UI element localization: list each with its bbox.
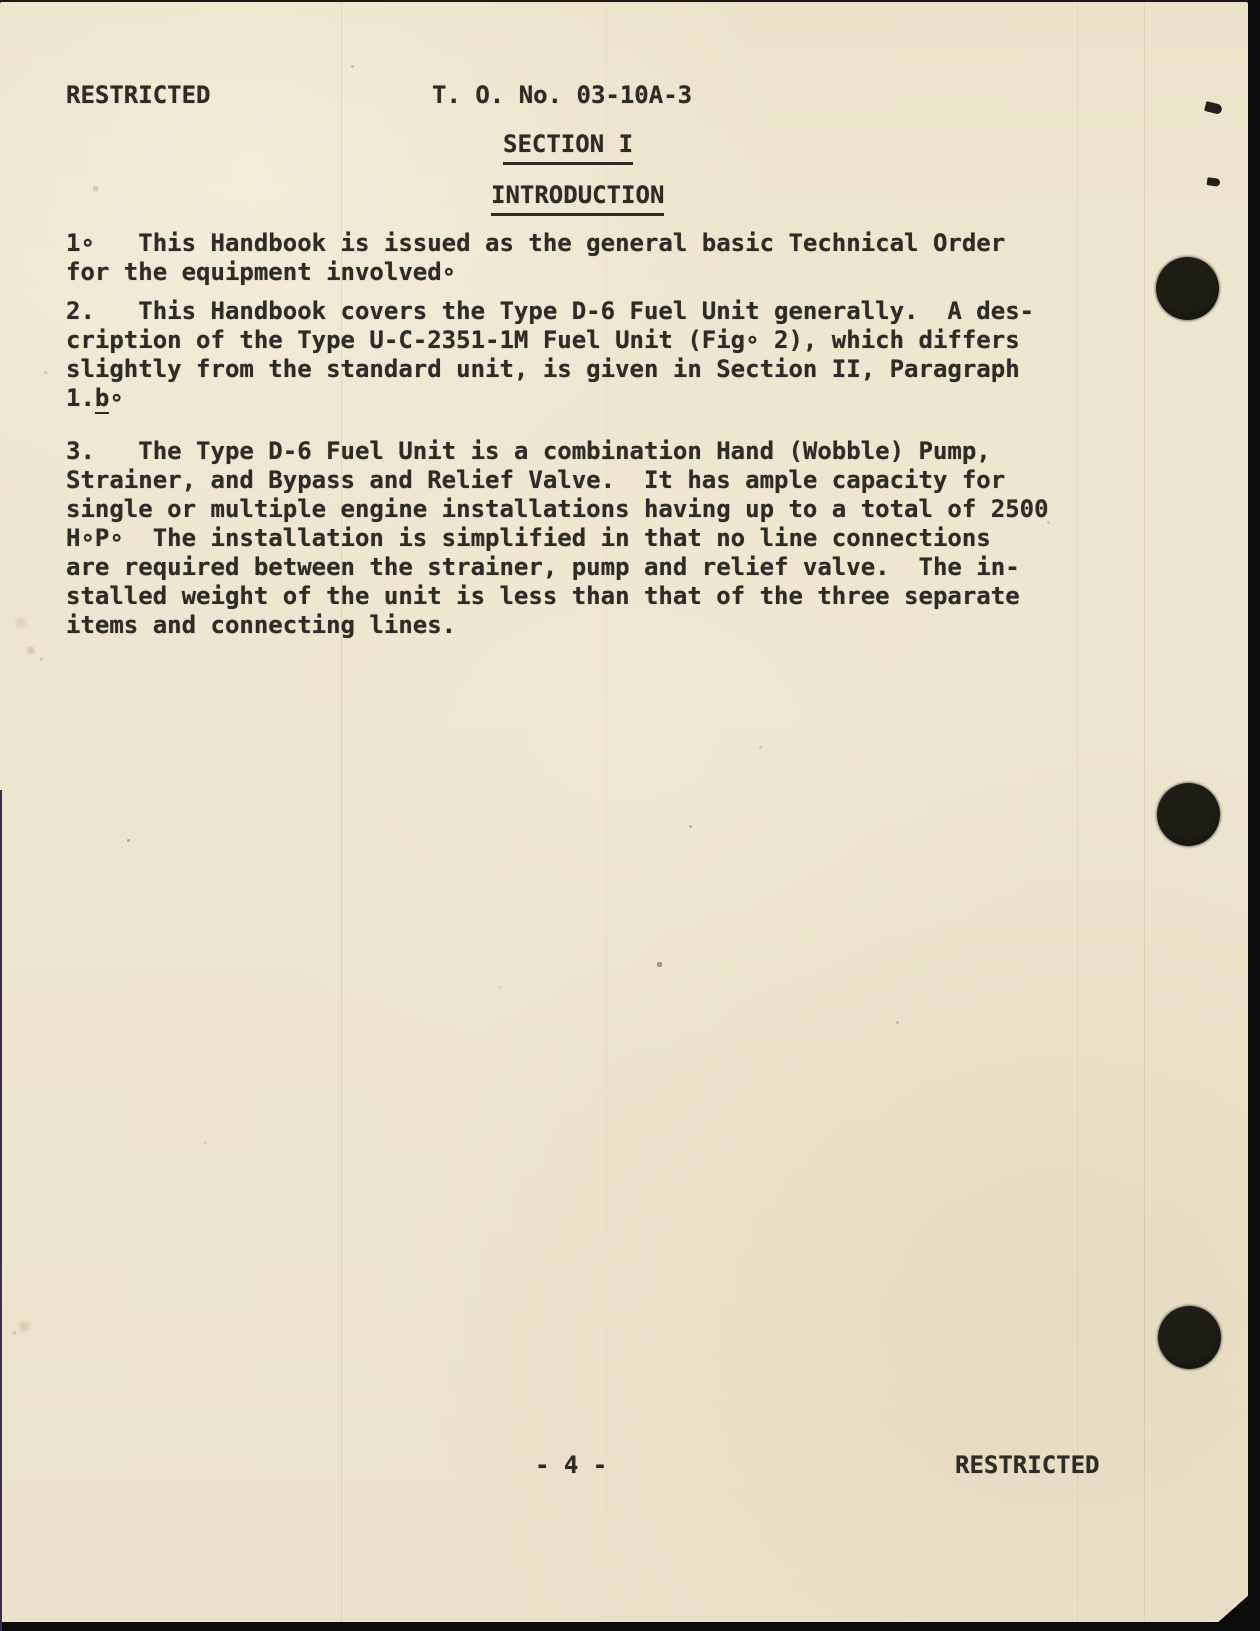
page-number: - 4 -: [535, 1451, 607, 1480]
scan-edge: [0, 790, 2, 1631]
paragraph-2-period: ∘: [109, 384, 123, 412]
classification-footer: RESTRICTED: [955, 1451, 1100, 1480]
foxing-stains: [0, 2, 1, 3]
classification-header: RESTRICTED: [66, 81, 211, 110]
paragraph-2-underlined-ref: b: [95, 384, 109, 414]
paragraph-1: 1∘ This Handbook is issued as the genera…: [66, 229, 1005, 287]
paragraph-3: 3. The Type D-6 Fuel Unit is a combinati…: [66, 437, 1049, 640]
paper-crease: [1144, 2, 1145, 1623]
scan-edge: [1248, 0, 1260, 1631]
paragraph-2: 2. This Handbook covers the Type D-6 Fue…: [66, 297, 1034, 413]
ink-mark: [1204, 101, 1223, 115]
ink-mark: [1207, 177, 1221, 187]
scanned-document-page: RESTRICTED T. O. No. 03-10A-3 SECTION I …: [0, 0, 1260, 1631]
section-heading-wrap: SECTION I: [503, 130, 633, 165]
paper-sheet: RESTRICTED T. O. No. 03-10A-3 SECTION I …: [0, 2, 1248, 1623]
section-heading: SECTION I: [503, 130, 633, 165]
paragraph-2-text: 2. This Handbook covers the Type D-6 Fue…: [66, 297, 1034, 412]
scan-edge: [0, 1622, 1260, 1631]
hole-punch: [1158, 1306, 1221, 1369]
hole-punch: [1156, 257, 1219, 320]
scan-edge: [0, 0, 1260, 2]
section-subheading-wrap: INTRODUCTION: [491, 181, 664, 216]
technical-order-number: T. O. No. 03-10A-3: [432, 81, 692, 110]
paper-crease: [1077, 2, 1078, 1623]
hole-punch: [1157, 783, 1220, 846]
section-subheading: INTRODUCTION: [491, 181, 664, 216]
